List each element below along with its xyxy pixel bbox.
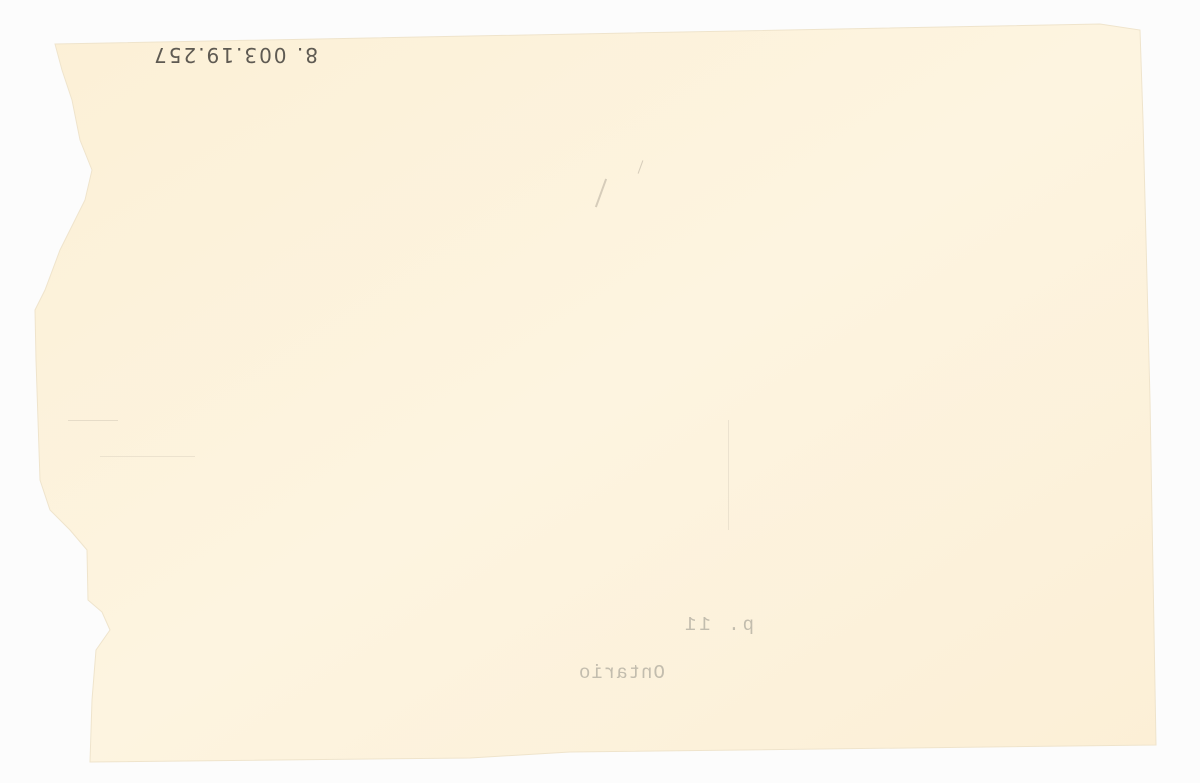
showthrough-place-name: Ontario [578, 662, 665, 684]
faint-mark [100, 456, 195, 457]
handwritten-accession-number: 8. 003.19.257 [128, 40, 318, 70]
showthrough-page-number: p. 11 [682, 614, 754, 636]
faint-mark [728, 420, 729, 530]
paper-sheet: 8. 003.19.257 p. 11 Ontario [0, 0, 1200, 783]
faint-mark [68, 420, 118, 421]
